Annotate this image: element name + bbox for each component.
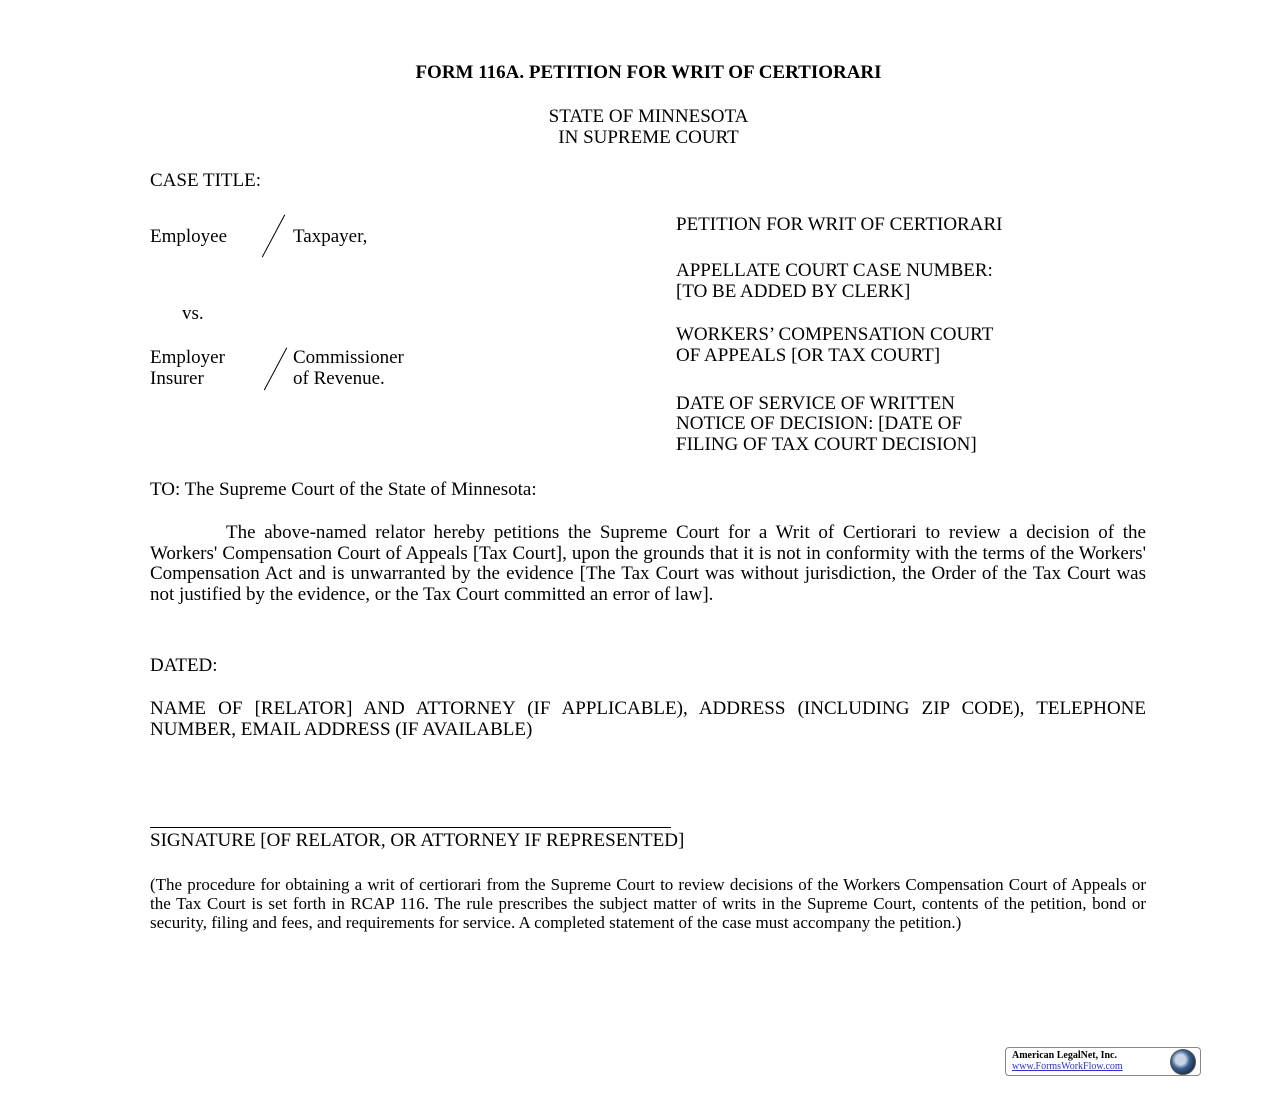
petition-body: The above-named relator hereby petitions… — [150, 523, 1146, 606]
slash-divider — [264, 347, 288, 390]
lower-court-line2: OF APPEALS [OR TAX COURT] — [676, 345, 940, 366]
party2-left-employer: Employer — [150, 347, 225, 368]
service-date-line1: DATE OF SERVICE OF WRITTEN — [676, 393, 955, 414]
party2-right-revenue: of Revenue. — [293, 368, 385, 389]
service-date-line3: FILING OF TAX COURT DECISION] — [676, 434, 977, 455]
court-state: STATE OF MINNESOTA — [0, 106, 1275, 127]
court-name: IN SUPREME COURT — [0, 127, 1275, 148]
case-number-label: APPELLATE COURT CASE NUMBER: — [676, 260, 993, 281]
case-title-label: CASE TITLE: — [150, 170, 261, 191]
party2-left-insurer: Insurer — [150, 368, 204, 389]
procedure-note: (The procedure for obtaining a writ of c… — [150, 875, 1146, 932]
party1-right: Taxpayer, — [293, 226, 367, 247]
name-address-block: NAME OF [RELATOR] AND ATTORNEY (IF APPLI… — [150, 699, 1146, 740]
logo-url-link[interactable]: www.FormsWorkFlow.com — [1012, 1061, 1123, 1072]
addressee-line: TO: The Supreme Court of the State of Mi… — [150, 479, 537, 500]
party1-left: Employee — [150, 226, 227, 247]
petition-heading: PETITION FOR WRIT OF CERTIORARI — [676, 214, 1002, 235]
service-date-line2: NOTICE OF DECISION: [DATE OF — [676, 413, 962, 434]
signature-label: SIGNATURE [OF RELATOR, OR ATTORNEY IF RE… — [150, 830, 684, 851]
form-title: FORM 116A. PETITION FOR WRIT OF CERTIORA… — [0, 62, 1275, 83]
slash-divider — [262, 214, 286, 257]
globe-icon — [1170, 1049, 1196, 1075]
party2-right-commissioner: Commissioner — [293, 347, 404, 368]
lower-court-line1: WORKERS’ COMPENSATION COURT — [676, 324, 993, 345]
versus: vs. — [182, 303, 204, 324]
case-number-value: [TO BE ADDED BY CLERK] — [676, 281, 910, 302]
signature-line[interactable] — [150, 827, 671, 828]
logo-company: American LegalNet, Inc. — [1012, 1050, 1117, 1061]
footer-logo[interactable]: American LegalNet, Inc. www.FormsWorkFlo… — [1005, 1047, 1201, 1076]
dated-label: DATED: — [150, 655, 218, 676]
